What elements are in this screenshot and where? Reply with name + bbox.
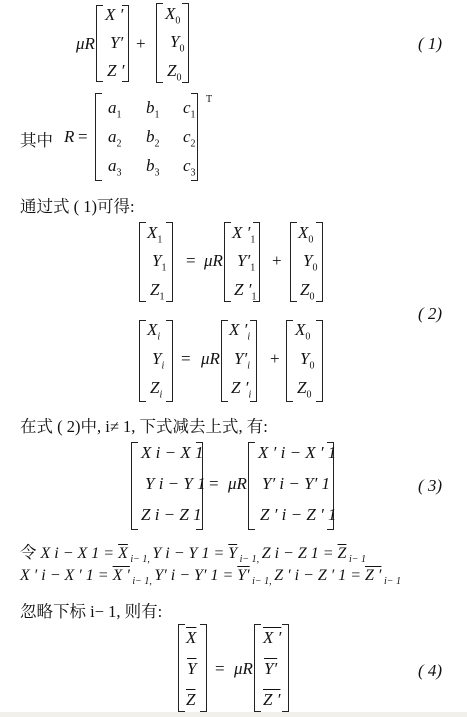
- math-text: i− 1,: [128, 554, 153, 565]
- math-text: Y: [228, 545, 237, 562]
- bracket-right: [282, 624, 289, 712]
- matrix-cell: X ′ i − X ′ 1: [258, 443, 336, 463]
- matrix-cell: Z1: [150, 280, 164, 302]
- bracket-left: [290, 222, 297, 302]
- substitution-line-1: 令 X i − X 1 = X i− 1, Y i − Y 1 = Y i− 1…: [20, 539, 366, 565]
- bracket-left: [156, 3, 163, 83]
- matrix-cell: Z ′ i − Z ′ 1: [260, 505, 337, 525]
- matrix-cell: Z ′1: [234, 280, 256, 302]
- equation-number: ( 1): [418, 34, 442, 54]
- math-text: X i − X 1 =: [41, 545, 119, 562]
- matrix-cell: Zi: [150, 378, 162, 400]
- plus-operator: +: [272, 251, 282, 271]
- math-text: i− 1,: [130, 576, 155, 587]
- matrix-cell: Y′ i − Y′ 1: [262, 474, 330, 494]
- math-text: Z ′ i − Z ′ 1 =: [274, 567, 365, 584]
- scale-factor: μR: [76, 34, 95, 54]
- matrix-cell: X ′: [263, 628, 281, 648]
- matrix-cell: Z0: [300, 280, 314, 302]
- transpose-superscript: T: [206, 94, 212, 105]
- matrix-cell: X1: [147, 223, 162, 245]
- bracket-left: [139, 222, 146, 302]
- matrix-cell: Y i − Y 1: [145, 474, 206, 494]
- scale-factor: μR: [201, 349, 220, 369]
- matrix-cell: X i − X 1: [141, 443, 203, 463]
- scale-factor: μR: [228, 474, 247, 494]
- matrix-cell: c2: [183, 127, 196, 149]
- math-text: i− 1: [381, 576, 401, 587]
- math-text: i− 1: [346, 554, 366, 565]
- matrix-cell: Yi: [152, 349, 164, 371]
- matrix-cell: Y′: [110, 33, 123, 53]
- text-ignore-subscript: 忽略下标 i− 1, 则有:: [20, 598, 162, 622]
- bracket-left: [131, 442, 138, 530]
- substitution-line-2: X ′ i − X ′ 1 = X ′ i− 1, Y′ i − Y′ 1 = …: [20, 567, 401, 587]
- matrix-cell: Y0: [170, 32, 184, 54]
- bracket-left: [139, 320, 146, 402]
- equation-number: ( 4): [418, 661, 442, 681]
- matrix-cell: c3: [183, 156, 196, 178]
- plus-operator: +: [270, 349, 280, 369]
- scale-factor: μR: [204, 251, 223, 271]
- matrix-cell: X0: [298, 223, 313, 245]
- matrix-cell: Y′1: [237, 251, 255, 273]
- bracket-left: [224, 222, 231, 302]
- bracket-right: [200, 624, 207, 712]
- bracket-left: [248, 442, 255, 530]
- matrix-cell: b3: [146, 156, 160, 178]
- matrix-cell: Z0: [297, 378, 311, 400]
- matrix-cell: Z0: [167, 61, 181, 83]
- equals-operator: =: [209, 474, 219, 494]
- matrix-cell: X ′i: [229, 320, 250, 342]
- math-text: Y′: [237, 567, 249, 584]
- bracket-left: [286, 320, 293, 402]
- equation-number: ( 3): [418, 476, 442, 496]
- math-text: Z i − Z 1 =: [262, 545, 338, 562]
- matrix-cell: Y′: [264, 659, 277, 679]
- matrix-cell: a1: [108, 98, 122, 120]
- matrix-cell: Y0: [300, 349, 314, 371]
- bracket-left: [254, 624, 261, 712]
- bracket-right: [166, 222, 173, 302]
- plus-operator: +: [136, 34, 146, 54]
- equals-operator: =: [78, 127, 88, 147]
- bracket-right: [166, 320, 173, 402]
- matrix-cell: Z ′i: [231, 378, 251, 400]
- matrix-cell: X0: [165, 4, 180, 26]
- math-text: Y i − Y 1 =: [152, 545, 228, 562]
- page-bottom-band: [0, 712, 467, 717]
- math-text: Z ′: [365, 567, 381, 584]
- equals-operator: =: [186, 251, 196, 271]
- math-text: i− 1,: [250, 576, 275, 587]
- matrix-cell: a2: [108, 127, 122, 149]
- bracket-left: [178, 624, 185, 712]
- label-text: 其中: [20, 127, 53, 151]
- matrix-cell: X ′1: [232, 223, 255, 245]
- math-text: X ′: [113, 567, 130, 584]
- bracket-left: [221, 320, 228, 402]
- text-subtract: 在式 ( 2)中, i≠ 1, 下式减去上式, 有:: [20, 413, 268, 437]
- equals-operator: =: [181, 349, 191, 369]
- math-text: Y′ i − Y′ 1 =: [154, 567, 237, 584]
- equation-number: ( 2): [418, 304, 442, 324]
- matrix-name: R: [64, 127, 74, 147]
- matrix-cell: X0: [295, 320, 310, 342]
- matrix-cell: Y′i: [234, 349, 250, 371]
- math-text: i− 1,: [237, 554, 262, 565]
- scale-factor: μR: [234, 659, 253, 679]
- bracket-left: [96, 5, 103, 82]
- bracket-right: [316, 320, 323, 402]
- equals-operator: =: [215, 659, 225, 679]
- math-text: X ′ i − X ′ 1 =: [20, 567, 113, 584]
- matrix-cell: Z ′: [263, 690, 280, 710]
- matrix-cell: b2: [146, 127, 160, 149]
- math-text: X: [118, 545, 128, 562]
- matrix-cell: a3: [108, 156, 122, 178]
- text-derive-from-1: 通过式 ( 1)可得:: [20, 193, 135, 217]
- matrix-cell: Y: [187, 659, 196, 679]
- matrix-cell: X ′: [105, 5, 123, 25]
- label-text: 令: [20, 543, 37, 562]
- matrix-cell: c1: [183, 98, 196, 120]
- matrix-cell: Xi: [147, 320, 160, 342]
- matrix-cell: Z: [186, 690, 195, 710]
- matrix-cell: Z i − Z 1: [141, 505, 202, 525]
- matrix-cell: b1: [146, 98, 160, 120]
- matrix-cell: Y1: [152, 251, 166, 273]
- bracket-left: [95, 93, 102, 181]
- matrix-cell: X: [186, 628, 196, 648]
- matrix-cell: Z ′: [107, 61, 124, 81]
- matrix-cell: Y0: [303, 251, 317, 273]
